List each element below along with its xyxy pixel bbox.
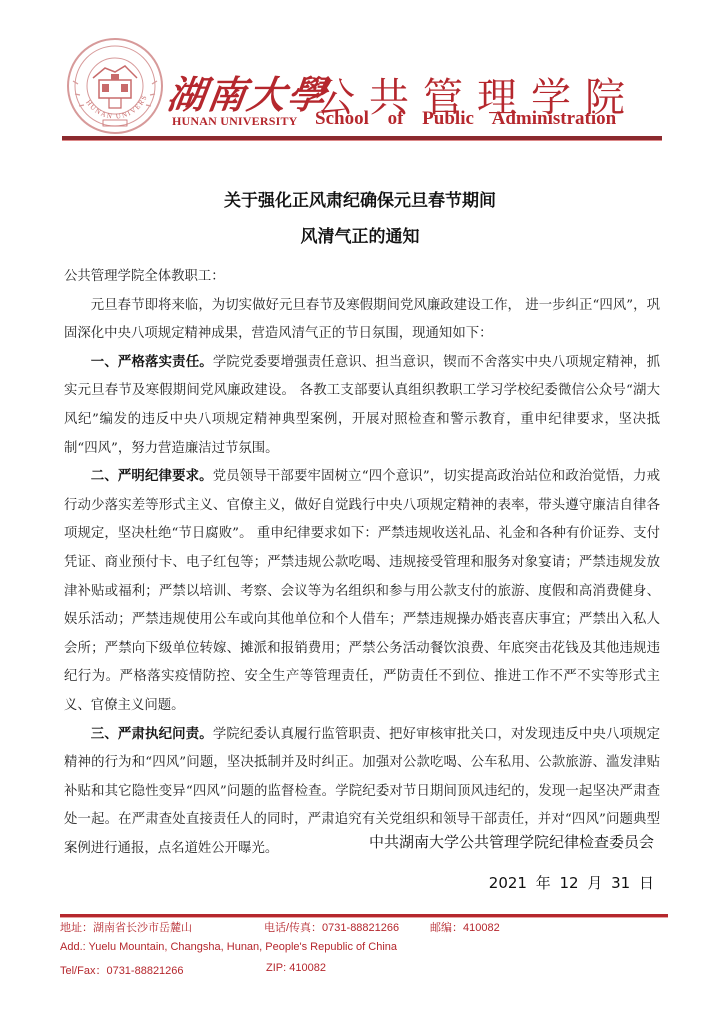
footer-address-cn: 地址：湖南省长沙市岳麓山	[60, 919, 192, 935]
document-date: 2021 年 12 月 31 日	[489, 872, 654, 893]
letterhead: HUNAN UNIVERSITY 湖南大學 公共管理学院 HUNAN UNIVE…	[60, 36, 660, 136]
footer-phone-cn: 电话/传真：0731-88821266	[264, 919, 399, 935]
section-2-heading: 二、严明纪律要求。	[91, 469, 213, 484]
university-name-en: HUNAN UNIVERSITY	[172, 114, 298, 129]
footer-address-en: Add.: Yuelu Mountain, Changsha, Hunan, P…	[60, 941, 397, 953]
header-divider	[62, 136, 662, 141]
university-name-cn: 湖南大學	[164, 64, 332, 119]
intro-paragraph: 元旦春节即将来临，为切实做好元旦春节及寒假期间党风廉政建设工作， 进一步纠正“四…	[64, 292, 660, 349]
section-1: 一、严格落实责任。学院党委要增强责任意识、担当意识，锲而不舍落实中央八项规定精神…	[64, 349, 660, 463]
document-body: 公共管理学院全体教职工： 元旦春节即将来临，为切实做好元旦春节及寒假期间党风廉政…	[64, 263, 660, 863]
section-1-heading: 一、严格落实责任。	[91, 355, 213, 370]
document-title-line-1: 关于强化正风肃纪确保元旦春节期间	[0, 186, 720, 211]
school-name-en: School of Public Administration	[315, 108, 616, 130]
footer-zip-en: ZIP: 410082	[266, 962, 326, 974]
section-2: 二、严明纪律要求。党员领导干部要牢固树立“四个意识”，切实提高政治站位和政治觉悟…	[64, 463, 660, 720]
footer-phone-en: Tel/Fax：0731-88821266	[60, 962, 184, 978]
university-seal-icon: HUNAN UNIVERSITY	[65, 36, 165, 136]
footer-divider	[60, 914, 668, 918]
footer-zip-cn: 邮编：410082	[430, 919, 500, 935]
salutation: 公共管理学院全体教职工：	[64, 263, 660, 292]
section-2-text: 党员领导干部要牢固树立“四个意识”，切实提高政治站位和政治觉悟，力戒行动少落实差…	[64, 469, 660, 713]
signature: 中共湖南大学公共管理学院纪律检查委员会	[369, 831, 654, 852]
document-title-line-2: 风清气正的通知	[0, 222, 720, 247]
section-3-heading: 三、严肃执纪问责。	[91, 727, 213, 742]
